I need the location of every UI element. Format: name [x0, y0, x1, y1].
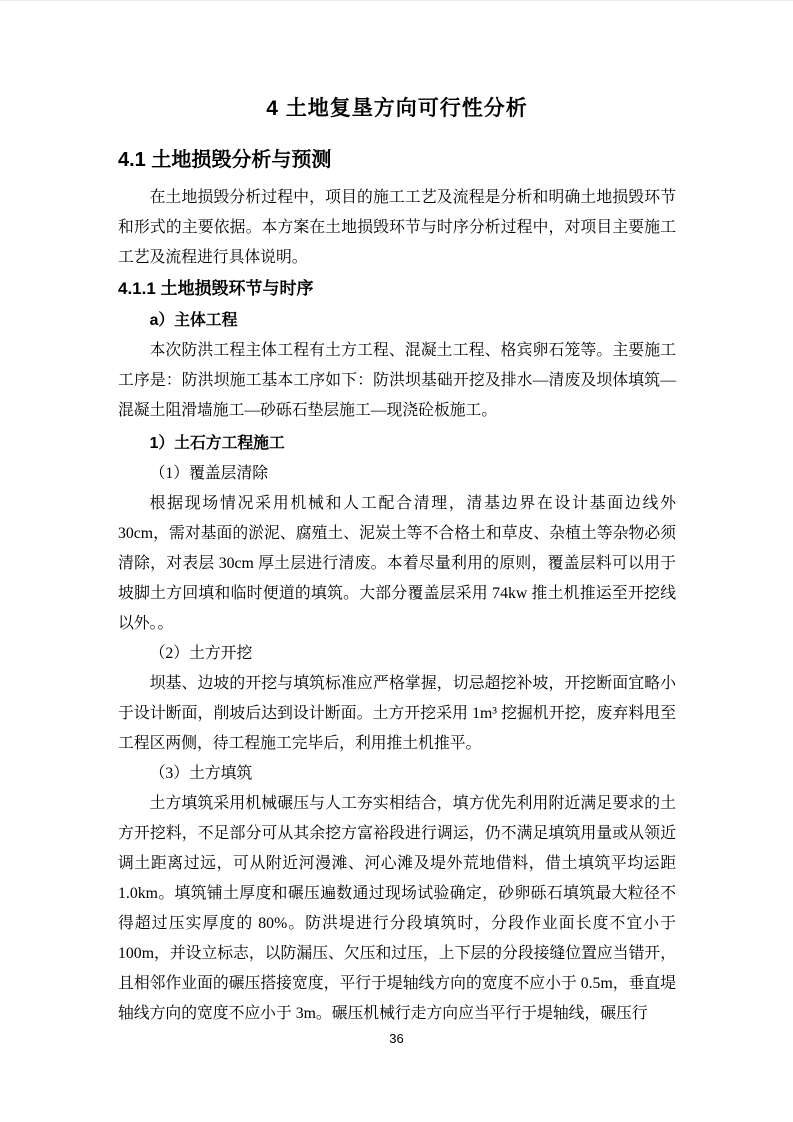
section-4-1-intro-paragraph: 在土地损毁分析过程中，项目的施工工艺及流程是分析和明确土地损毁环节和形式的主要依…: [118, 183, 676, 273]
section-4-1-heading: 4.1 土地损毁分析与预测: [118, 145, 676, 175]
chapter-title: 4 土地复垦方向可行性分析: [118, 93, 676, 125]
document-page: 4 土地复垦方向可行性分析 4.1 土地损毁分析与预测 在土地损毁分析过程中，项…: [0, 0, 793, 1122]
step-1-label: （1）覆盖层清除: [118, 459, 676, 489]
document-content: 4 土地复垦方向可行性分析 4.1 土地损毁分析与预测 在土地损毁分析过程中，项…: [118, 1, 676, 1029]
item-1-heading: 1）土石方工程施工: [118, 429, 676, 459]
step-2-label: （2）土方开挖: [118, 639, 676, 669]
step-3-label: （3）土方填筑: [118, 759, 676, 789]
step-3-paragraph: 土方填筑采用机械碾压与人工夯实相结合，填方优先利用附近满足要求的土方开挖料，不足…: [118, 789, 676, 1029]
page-number: 36: [389, 1032, 403, 1046]
step-1-paragraph: 根据现场情况采用机械和人工配合清理，清基边界在设计基面边线外 30cm，需对基面…: [118, 489, 676, 639]
step-2-paragraph: 坝基、边坡的开挖与填筑标准应严格掌握，切忌超挖补坡，开挖断面宜略小于设计断面，削…: [118, 669, 676, 759]
page-footer: 36: [0, 1030, 793, 1048]
item-a-heading: a）主体工程: [118, 306, 676, 336]
item-a-paragraph: 本次防洪工程主体工程有土方工程、混凝土工程、格宾卵石笼等。主要施工工序是：防洪坝…: [118, 336, 676, 426]
subsection-4-1-1-heading: 4.1.1 土地损毁环节与时序: [118, 275, 676, 303]
